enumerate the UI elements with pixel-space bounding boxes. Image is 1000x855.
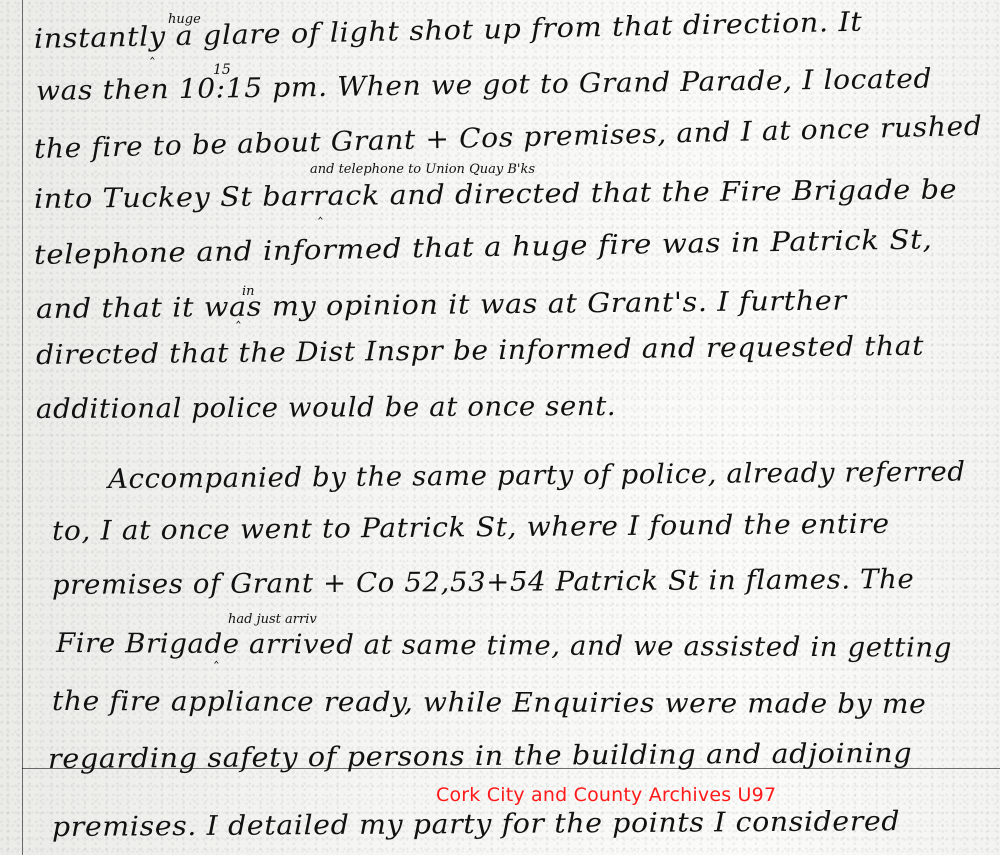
insertion-had-just: had just arriv xyxy=(228,612,317,627)
handwritten-line-8: additional police would be at once sent. xyxy=(36,391,616,425)
handwritten-line-12: Fire Brigade arrived at same time, and w… xyxy=(56,628,952,664)
insertion-telephone-union-quay: and telephone to Union Quay B'ks xyxy=(310,162,535,177)
handwritten-line-15: premises. I detailed my party for the po… xyxy=(52,806,900,843)
handwritten-line-7: directed that the Dist Inspr be informed… xyxy=(36,331,924,371)
archive-watermark: Cork City and County Archives U97 xyxy=(436,784,776,806)
handwritten-line-13: the fire appliance ready, while Enquirie… xyxy=(52,686,927,720)
handwritten-line-6: and that it was my opinion it was at Gra… xyxy=(36,286,847,325)
scanned-document-page: huge ‸ instantly a glare of light shot u… xyxy=(0,0,1000,855)
handwritten-line-10: to, I at once went to Patrick St, where … xyxy=(52,509,890,547)
handwritten-line-3: the fire to be about Grant + Cos premise… xyxy=(34,111,983,165)
handwritten-line-9: Accompanied by the same party of police,… xyxy=(108,457,966,495)
handwritten-line-1: instantly a glare of light shot up from … xyxy=(34,7,863,55)
handwritten-line-4: into Tuckey St barrack and directed that… xyxy=(34,174,957,215)
handwritten-line-2: was then 10:15 pm. When we got to Grand … xyxy=(36,63,933,107)
left-margin-line xyxy=(22,0,23,855)
handwritten-line-5: telephone and informed that a huge fire … xyxy=(34,224,933,271)
handwritten-line-14: regarding safety of persons in the build… xyxy=(48,738,912,775)
handwritten-line-11: premises of Grant + Co 52,53+54 Patrick … xyxy=(52,564,915,601)
